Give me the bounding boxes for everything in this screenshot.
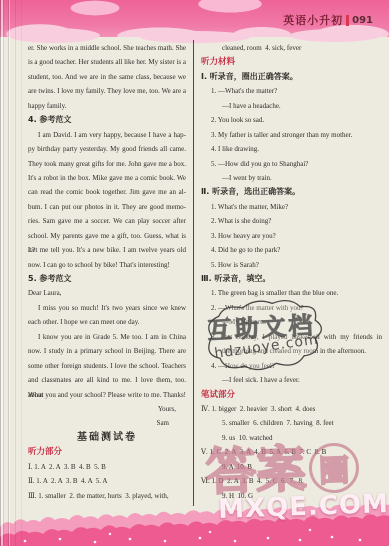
text-line: 4. Did he go to the park? — [201, 243, 382, 257]
text-line: Let me tell you. It's a new bike. I am t… — [28, 243, 186, 257]
left-column: er. She works in a middle school. She te… — [28, 41, 186, 503]
text-line: I miss you so much! It's two years since… — [28, 301, 186, 315]
text-line: 听力材料 — [201, 55, 382, 69]
text-line: about you and your school? Please write … — [28, 388, 186, 402]
book-title: 英语小升初 — [283, 12, 343, 28]
text-line: 3. How heavy are you? — [201, 229, 382, 243]
text-line: It's a robot in the box. Mike gave me a … — [28, 171, 186, 185]
text-line: I am David. I am very happy, because I h… — [28, 128, 186, 142]
text-line: and classmates are all kind to me. I lov… — [28, 373, 186, 387]
text-line: er. She works in a middle school. She te… — [28, 41, 186, 55]
text-line: 5. smaller 6. children 7. having 8. feet — [201, 416, 382, 430]
text-line: 基础测试卷 — [28, 431, 186, 445]
text-line: Ⅱ. 听录音，选出正确答案。 — [201, 185, 382, 199]
hdzuoye-watermark-stamp: 互助文档 hdzuoye.com — [194, 291, 330, 384]
text-line: now. I study in a primary school in Beij… — [28, 344, 186, 358]
text-line: is a good teacher. Her students all like… — [28, 55, 186, 69]
text-line: can read the comic book together. Jim ga… — [28, 185, 186, 199]
text-line: Dear Laura, — [28, 286, 186, 300]
text-line: —I have a headache. — [201, 99, 382, 113]
logo-circle-char: 圈 — [308, 442, 360, 494]
text-line: 1. —What's the matter? — [201, 84, 382, 98]
text-line: I know you are in Grade 5. Me too. I am … — [28, 330, 186, 344]
mxqe-watermark-logo: 答案 圈 MXQE.COM — [206, 444, 389, 522]
text-line: each other. I hope we can meet one day. — [28, 315, 186, 329]
header-cloud-band: 英语小升初 091 — [0, 0, 389, 37]
text-line: 2. What is she doing? — [201, 214, 382, 228]
text-line: 2. You look so sad. — [201, 113, 382, 127]
text-line: Ⅲ. 听录音，填空。 — [201, 272, 382, 286]
text-line: Sam — [28, 416, 186, 430]
text-line: ries. Sam gave me a soccer. We can play … — [28, 214, 186, 228]
text-line: now. I can go to school by bike! That's … — [28, 258, 186, 272]
page-number: 091 — [352, 15, 373, 26]
text-line: happy family. — [28, 99, 186, 113]
text-line: 听力部分 — [28, 445, 186, 459]
text-line: 3. My father is taller and stronger than… — [201, 128, 382, 142]
page-title: 英语小升初 091 — [283, 12, 373, 28]
text-line: Ⅳ. 1. bigger 2. heavier 3. short 4. does — [201, 402, 382, 416]
text-line: some other foreign students. I love the … — [28, 359, 186, 373]
column-divider-rule — [193, 40, 194, 506]
answer-book-page: 英语小升初 091 er. She works in a middle scho… — [0, 0, 389, 546]
text-line: Ⅰ. 1. A 2. A 3. B 4. B 5. B — [28, 460, 186, 474]
logo-characters: 答案 圈 — [205, 441, 389, 498]
text-line: 笔试部分 — [201, 388, 382, 402]
text-line: They took many great gifts for me. John … — [28, 157, 186, 171]
text-line: Ⅱ. 1. A 2. A 3. B 4. A 5. A — [28, 474, 186, 488]
page-binding-edge — [0, 0, 24, 546]
text-line: student, too. And we are in the same cla… — [28, 70, 186, 84]
text-line: cleaned, room 4. sick, fever — [201, 41, 382, 55]
logo-chars: 答案 — [205, 444, 307, 497]
text-line: 5. How is Sarah? — [201, 258, 382, 272]
right-column: cleaned, room 4. sick, fever听力材料Ⅰ. 听录音，圈… — [201, 41, 382, 503]
title-separator-bar — [346, 15, 349, 26]
text-line: bum. I can put our photos in it. They ar… — [28, 200, 186, 214]
logo-site-url: MXQE.COM — [206, 489, 389, 526]
text-line: —I went by train. — [201, 171, 382, 185]
text-line: 5. —How did you go to Shanghai? — [201, 157, 382, 171]
text-line: py birthday party yesterday. My good fri… — [28, 142, 186, 156]
text-line: Yours, — [28, 402, 186, 416]
text-line: are twins. I love my family. They love m… — [28, 84, 186, 98]
text-line: school. My parents gave me a gift, too. … — [28, 229, 186, 243]
text-line: Ⅰ. 听录音，圈出正确答案。 — [201, 70, 382, 84]
text-line: 4. I like drawing. — [201, 142, 382, 156]
text-line: 4. 参考范文 — [28, 113, 186, 127]
text-line: 1. What's the matter, Mike? — [201, 200, 382, 214]
text-line: 5. 参考范文 — [28, 272, 186, 286]
